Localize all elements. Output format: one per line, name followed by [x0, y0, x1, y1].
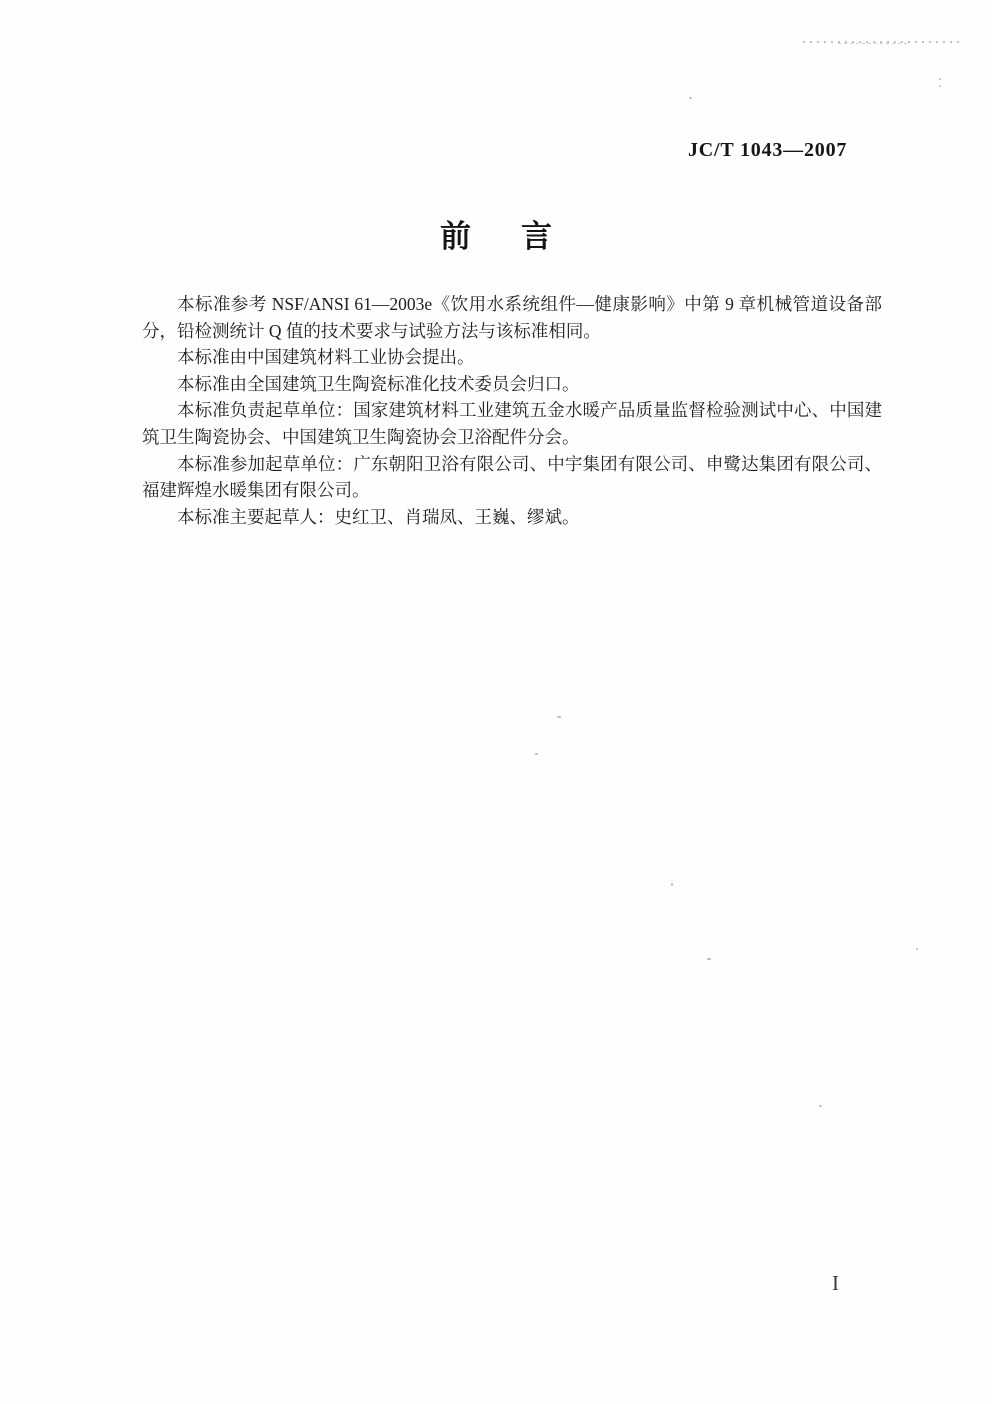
page-title: 前 言	[0, 211, 992, 256]
scan-artifact-speck	[671, 883, 673, 886]
scan-artifact-speck	[819, 1105, 822, 1107]
paragraph-participating-units: 本标准参加起草单位：广东朝阳卫浴有限公司、中宇集团有限公司、申鹭达集团有限公司、…	[142, 451, 882, 504]
scan-artifact-speck	[916, 948, 918, 950]
standard-code: JC/T 1043—2007	[688, 139, 888, 162]
scan-artifact-speck	[939, 85, 941, 87]
paragraph-main-drafters: 本标准主要起草人：史红卫、肖瑞凤、王巍、缪斌。	[142, 504, 882, 531]
scan-artifact-speck	[689, 97, 692, 99]
foreword-body: 本标准参考 NSF/ANSI 61—2003e《饮用水系统组件—健康影响》中第 …	[142, 291, 882, 530]
scan-artifact-dotted-line	[838, 43, 908, 44]
document-page: JC/T 1043—2007 前 言 本标准参考 NSF/ANSI 61—200…	[0, 0, 992, 1404]
paragraph-proposed-by: 本标准由中国建筑材料工业协会提出。	[142, 344, 882, 371]
scan-artifact-speck	[535, 753, 538, 755]
paragraph-reference: 本标准参考 NSF/ANSI 61—2003e《饮用水系统组件—健康影响》中第 …	[142, 291, 882, 344]
title-char-right: 言	[521, 211, 552, 256]
scan-artifact-speck	[707, 958, 711, 960]
paragraph-chief-drafting-units: 本标准负责起草单位：国家建筑材料工业建筑五金水暖产品质量监督检验测试中心、中国建…	[142, 397, 882, 450]
title-char-left: 前	[440, 211, 471, 256]
scan-artifact-speck	[939, 78, 941, 80]
scan-artifact-speck	[557, 716, 561, 718]
paragraph-centralized-by: 本标准由全国建筑卫生陶瓷标准化技术委员会归口。	[142, 371, 882, 398]
page-number: I	[832, 1271, 839, 1296]
